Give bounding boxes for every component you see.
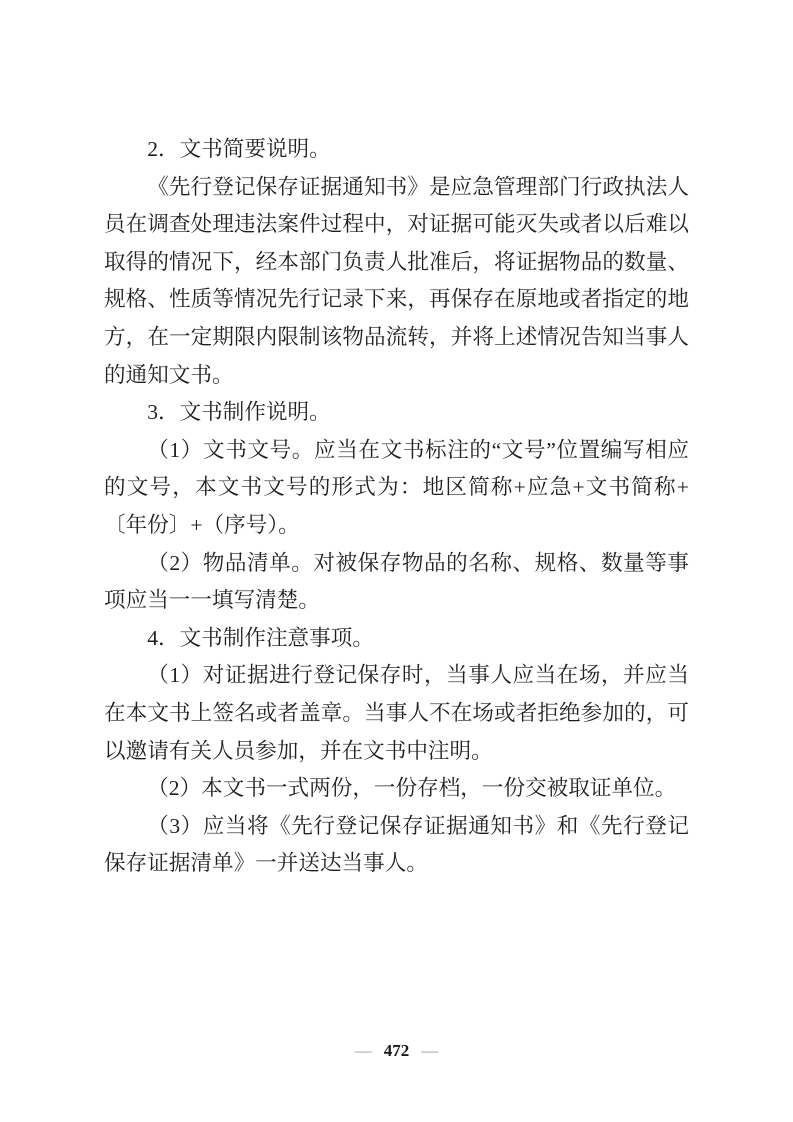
footer-dash-left: — xyxy=(355,1041,372,1060)
footer-dash-right: — xyxy=(421,1041,438,1060)
section-3-subitem-1: （1）文书文号。应当在文书标注的“文号”位置编写相应的文号，本文书文号的形式为：… xyxy=(104,432,689,545)
section-4-subitem-3: （3）应当将《先行登记保存证据通知书》和《先行登记保存证据清单》一并送达当事人。 xyxy=(104,808,689,883)
page-footer: —472— xyxy=(0,1040,793,1062)
section-2-heading: 2．文书简要说明。 xyxy=(104,131,689,169)
document-page: 2．文书简要说明。 《先行登记保存证据通知书》是应急管理部门行政执法人员在调查处… xyxy=(0,0,793,1122)
section-2-body: 《先行登记保存证据通知书》是应急管理部门行政执法人员在调查处理违法案件过程中，对… xyxy=(104,169,689,395)
section-4-subitem-1: （1）对证据进行登记保存时，当事人应当在场，并应当在本文书上签名或者盖章。当事人… xyxy=(104,657,689,770)
section-4-heading: 4．文书制作注意事项。 xyxy=(104,620,689,658)
section-3-subitem-2: （2）物品清单。对被保存物品的名称、规格、数量等事项应当一一填写清楚。 xyxy=(104,545,689,620)
page-number: 472 xyxy=(384,1041,410,1060)
section-4-subitem-2: （2）本文书一式两份，一份存档，一份交被取证单位。 xyxy=(104,770,689,808)
document-text-block: 2．文书简要说明。 《先行登记保存证据通知书》是应急管理部门行政执法人员在调查处… xyxy=(104,131,689,883)
section-3-heading: 3．文书制作说明。 xyxy=(104,394,689,432)
